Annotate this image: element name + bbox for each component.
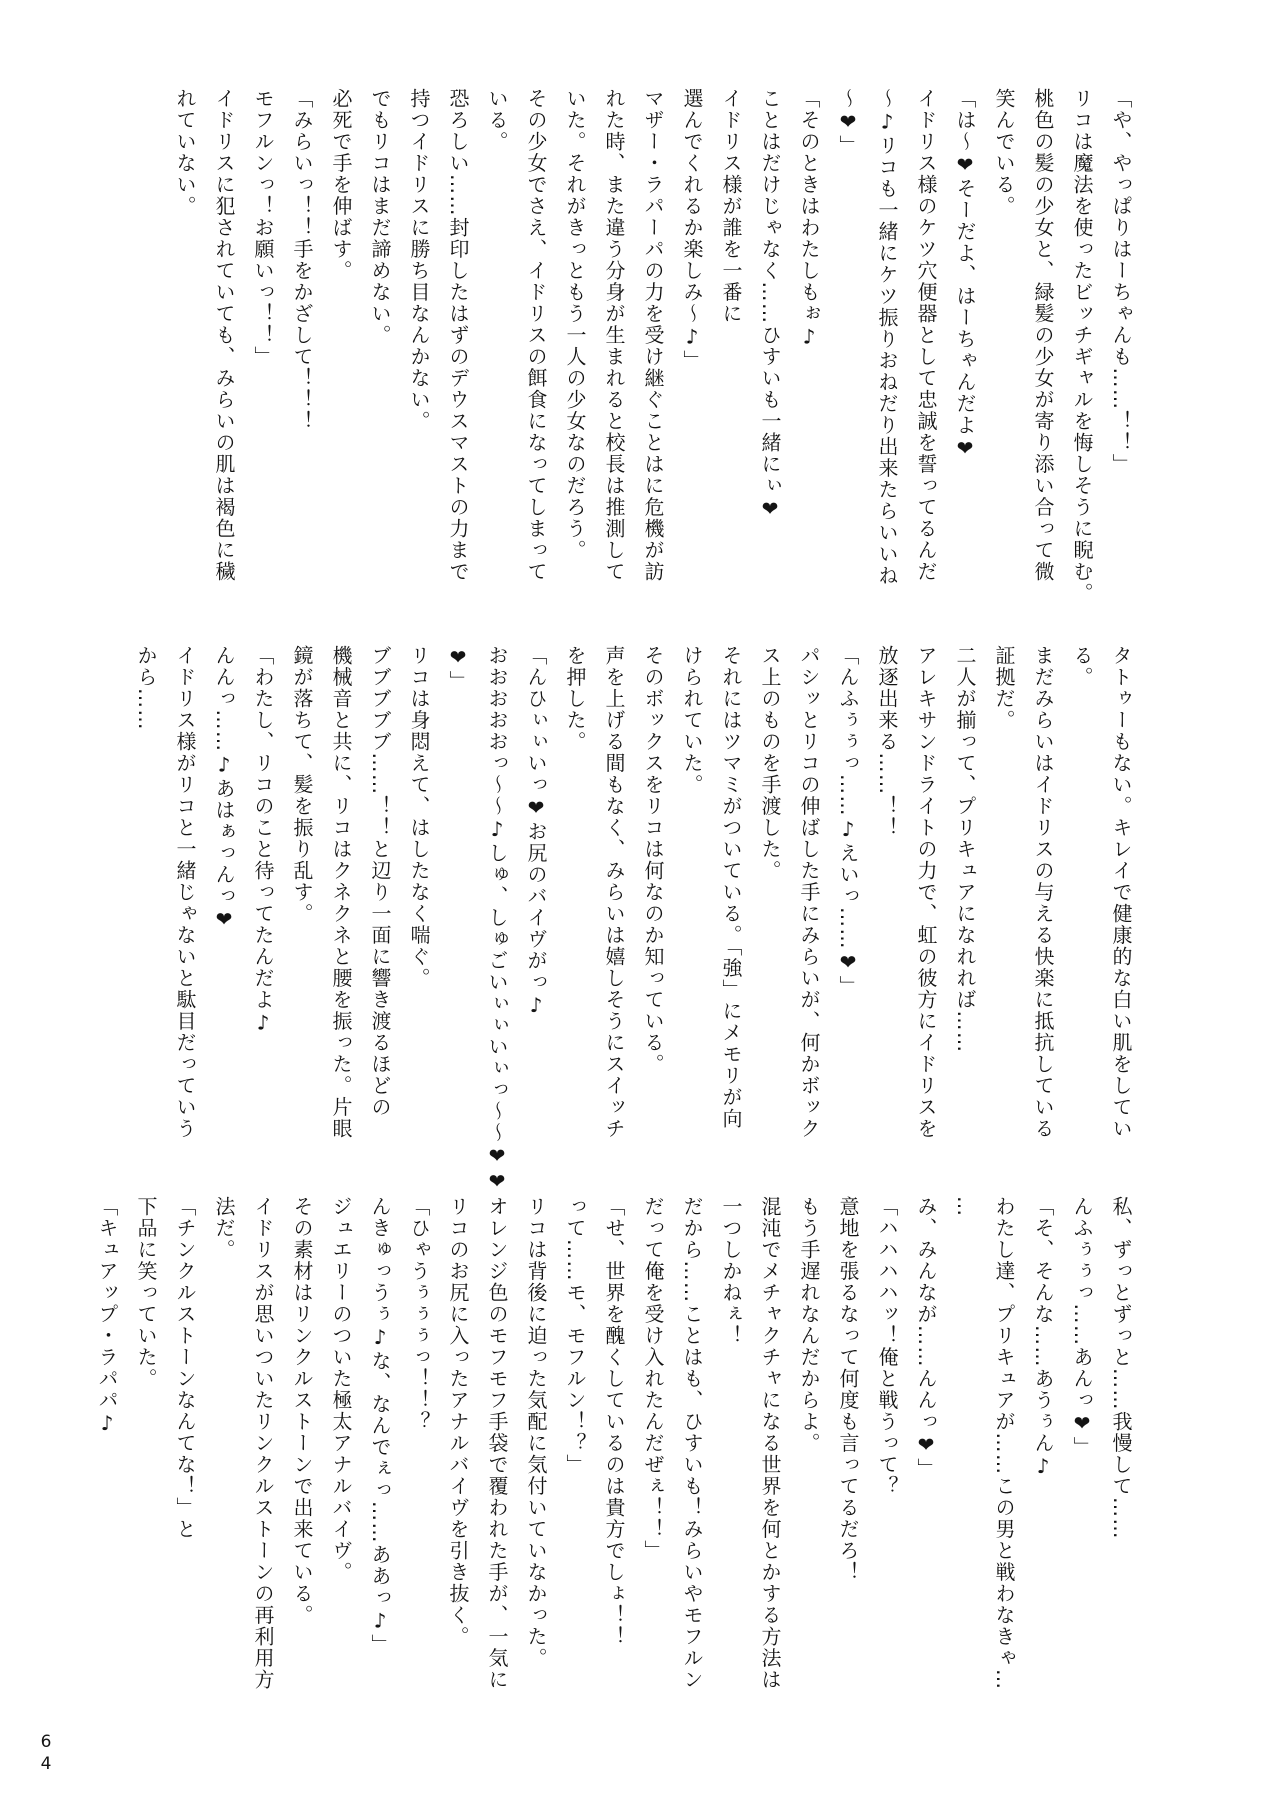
text-column: … — [945, 1196, 984, 1716]
text-column: 下品に笑っていた。 — [126, 1196, 165, 1716]
text-column: 声を上げる間もなく、みらいは嬉しそうにスイッチ — [594, 645, 633, 1205]
text-column: もう手遅れなんだからよ。 — [789, 1196, 828, 1716]
text-column: 混沌でメチャクチャになる世界を何とかする方法は — [750, 1196, 789, 1716]
text-column: アレキサンドライトの力で、虹の彼方にイドリスを — [906, 645, 945, 1205]
text-column: 私、ずっとずっと……我慢して…… — [1101, 1196, 1140, 1716]
text-column: それにはツマミがついている。「強」にメモリが向 — [711, 645, 750, 1205]
text-column: 放逐出来る……！！ — [867, 645, 906, 1205]
text-column: その少女でさえ、イドリスの餌食になってしまって — [516, 88, 555, 648]
page-number: 64 — [36, 1732, 56, 1776]
text-column: 「んひぃぃいっ❤お尻のバイヴがっ♪ — [516, 645, 555, 1205]
text-column: 一つしかねぇ！ — [711, 1196, 750, 1716]
text-column: ス上のものを手渡した。 — [750, 645, 789, 1205]
text-column: んきゅっうぅ♪な、なんでぇっ……ああっ♪」 — [360, 1196, 399, 1716]
text-column: 選んでくれるか楽しみ～♪」 — [672, 88, 711, 648]
text-band-bottom: 私、ずっとずっと……我慢して……んふぅぅっ……あんっ❤」「そ、そんな……あうぅん… — [87, 1196, 1140, 1716]
text-column: イドリス様のケツ穴便器として忠誠を誓ってるんだ — [906, 88, 945, 648]
text-column: オレンジ色のモフモフ手袋で覆われた手が、一気に — [477, 1196, 516, 1716]
text-column: ジュエリーのついた極太アナルバイヴ。 — [321, 1196, 360, 1716]
text-column: から…… — [126, 645, 165, 1205]
text-column: リコのお尻に入ったアナルバイヴを引き抜く。 — [438, 1196, 477, 1716]
text-column: 機械音と共に、リコはクネクネと腰を振った。片眼 — [321, 645, 360, 1205]
text-column: リコは背後に迫った気配に気付いていなかった。 — [516, 1196, 555, 1716]
text-column: モフルンっ！お願いっ！！」 — [243, 88, 282, 648]
text-column: だから……ことはも、ひすいも！みらいやモフルン — [672, 1196, 711, 1716]
text-column: まだみらいはイドリスの与える快楽に抵抗している — [1023, 645, 1062, 1205]
text-column: 「んふぅぅっ……♪えいっ……❤」 — [828, 645, 867, 1205]
text-column: を押した。 — [555, 645, 594, 1205]
text-column: 鏡が落ちて、髪を振り乱す。 — [282, 645, 321, 1205]
text-column: けられていた。 — [672, 645, 711, 1205]
text-column: 「せ、世界を醜くしているのは貴方でしょ！！ — [594, 1196, 633, 1716]
text-column: 「は～❤そーだよ、はーちゃんだよ❤ — [945, 88, 984, 648]
text-column: ブブブブブ……！！と辺り一面に響き渡るほどの — [360, 645, 399, 1205]
text-column: イドリス様がリコと一緒じゃないと駄目だっていう — [165, 645, 204, 1205]
text-column: 笑んでいる。 — [984, 88, 1023, 648]
text-column: イドリスが思いついたリンクルストーンの再利用方 — [243, 1196, 282, 1716]
text-column: パシッとリコの伸ばした手にみらいが、何かボック — [789, 645, 828, 1205]
text-column: 証拠だ。 — [984, 645, 1023, 1205]
text-column: み、みんなが……んんっ❤」 — [906, 1196, 945, 1716]
text-column: 「わたし、リコのこと待ってたんだよ♪ — [243, 645, 282, 1205]
text-column: でもリコはまだ諦めない。 — [360, 88, 399, 648]
text-column: リコは身悶えて、はしたなく喘ぐ。 — [399, 645, 438, 1205]
text-column: れていない。 — [165, 88, 204, 648]
text-column: 「そのときはわたしもぉ♪ — [789, 88, 828, 648]
text-column: 桃色の髪の少女と、緑髪の少女が寄り添い合って微 — [1023, 88, 1062, 648]
text-column: 必死で手を伸ばす。 — [321, 88, 360, 648]
text-column: 持つイドリスに勝ち目なんかない。 — [399, 88, 438, 648]
text-column: って……モ、モフルン！？」 — [555, 1196, 594, 1716]
text-column: 「みらいっ！！手をかざして！！！ — [282, 88, 321, 648]
text-column: そのボックスをリコは何なのか知っている。 — [633, 645, 672, 1205]
text-column: 二人が揃って、プリキュアになれれば…… — [945, 645, 984, 1205]
text-column: 意地を張るなって何度も言ってるだろ！ — [828, 1196, 867, 1716]
text-column: イドリスに犯されていても、みらいの肌は褐色に穢 — [204, 88, 243, 648]
text-band-middle: タトゥーもない。キレイで健康的な白い肌をしている。まだみらいはイドリスの与える快… — [126, 645, 1140, 1205]
text-column: おおおおおっ～～♪しゅ、しゅごいぃぃいぃっ～～❤❤ — [477, 645, 516, 1205]
text-column: その素材はリンクルストーンで出来ている。 — [282, 1196, 321, 1716]
text-column: タトゥーもない。キレイで健康的な白い肌をしてい — [1101, 645, 1140, 1205]
text-column: 法だ。 — [204, 1196, 243, 1716]
text-column: 「ハハハハッ！俺と戦うって？ — [867, 1196, 906, 1716]
text-column: いた。それがきっともう一人の少女なのだろう。 — [555, 88, 594, 648]
text-column: ～♪リコも一緒にケツ振りおねだり出来たらいいね — [867, 88, 906, 648]
text-column: ～❤」 — [828, 88, 867, 648]
text-band-top: 「や、やっぱりはーちゃんも……！！」リコは魔法を使ったビッチギャルを悔しそうに睨… — [165, 88, 1140, 648]
text-column: だって俺を受け入れたんだぜぇ！！」 — [633, 1196, 672, 1716]
text-column: 「キュアップ・ラパパ♪ — [87, 1196, 126, 1716]
text-column: 恐ろしい……封印したはずのデウスマストの力まで — [438, 88, 477, 648]
text-column: る。 — [1062, 645, 1101, 1205]
text-column: ❤」 — [438, 645, 477, 1205]
text-column: マザー・ラパーパの力を受け継ぐことはに危機が訪 — [633, 88, 672, 648]
text-column: リコは魔法を使ったビッチギャルを悔しそうに睨む。 — [1062, 88, 1101, 648]
text-column: 「ひゃうぅぅぅっ！！？ — [399, 1196, 438, 1716]
text-column: れた時、また違う分身が生まれると校長は推測して — [594, 88, 633, 648]
text-column: わたし達、プリキュアが……この男と戦わなきゃ… — [984, 1196, 1023, 1716]
text-column: 「や、やっぱりはーちゃんも……！！」 — [1101, 88, 1140, 648]
document-page: 「や、やっぱりはーちゃんも……！！」リコは魔法を使ったビッチギャルを悔しそうに睨… — [0, 0, 1280, 1808]
text-column: イドリス様が誰を一番に — [711, 88, 750, 648]
text-column: 「チンクルストーンなんてな！」と — [165, 1196, 204, 1716]
text-column: いる。 — [477, 88, 516, 648]
text-column: ことはだけじゃなく……ひすいも一緒にぃ❤ — [750, 88, 789, 648]
text-column: んふぅぅっ……あんっ❤」 — [1062, 1196, 1101, 1716]
text-column: んんっ……♪あはぁっんっ❤ — [204, 645, 243, 1205]
text-column: 「そ、そんな……あうぅん♪ — [1023, 1196, 1062, 1716]
